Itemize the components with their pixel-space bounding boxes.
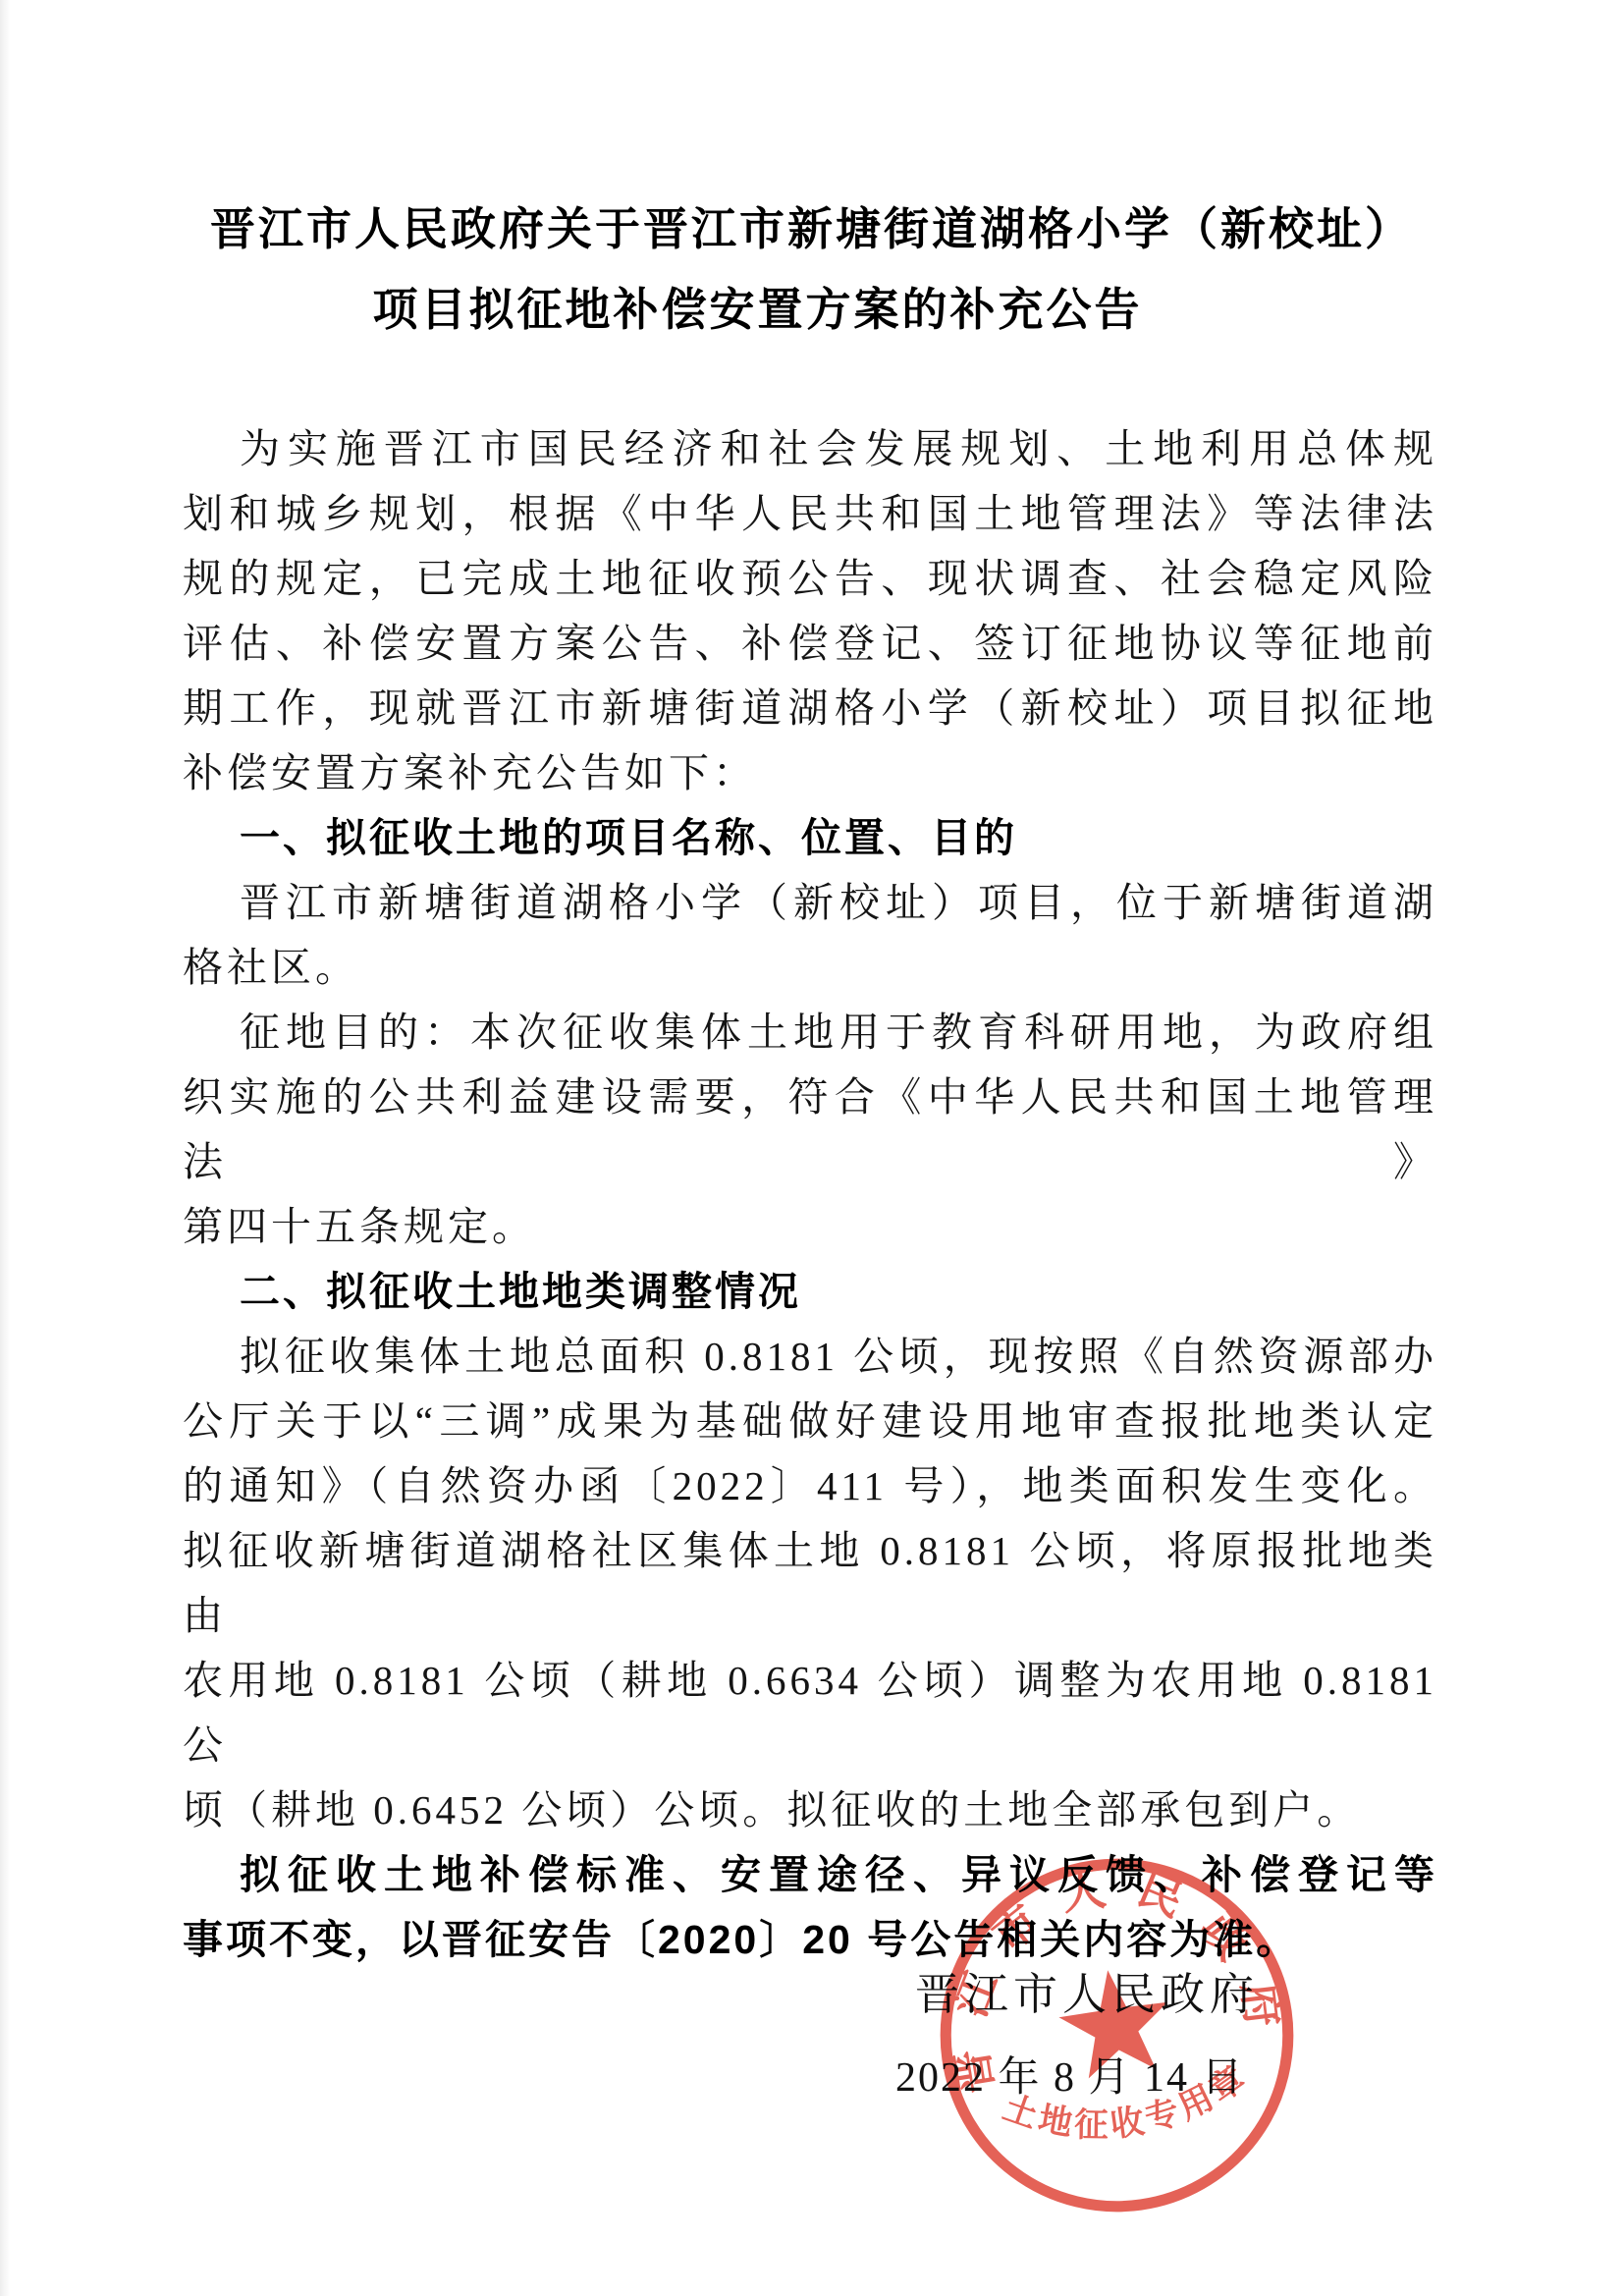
body-line: 评估、补偿安置方案公告、补偿登记、签订征地协议等征地前 [183, 611, 1437, 676]
signature-issuer: 晋江市人民政府 [915, 1958, 1259, 2022]
body-line: 为实施晋江市国民经济和社会发展规划、土地利用总体规 [183, 416, 1437, 481]
body-line: 补偿安置方案补充公告如下： [183, 740, 1437, 805]
body-line: 规的规定，已完成土地征收预公告、现状调查、社会稳定风险 [183, 546, 1437, 611]
body-line: 拟征收新塘街道湖格社区集体土地 0.8181 公顷，将原报批地类由 [183, 1518, 1437, 1648]
title-line-2: 项目拟征地补偿安置方案的补充公告 [0, 269, 1569, 350]
body-line: 拟征收土地补偿标准、安置途径、异议反馈、补偿登记等 [183, 1842, 1437, 1907]
body-line: 农用地 0.8181 公顷（耕地 0.6634 公顷）调整为农用地 0.8181… [183, 1648, 1437, 1777]
announcement-page: 晋江市人民政府关于晋江市新塘街道湖格小学（新校址） 项目拟征地补偿安置方案的补充… [0, 0, 1623, 2296]
body-line: 织实施的公共利益建设需要，符合《中华人民共和国土地管理法》 [183, 1065, 1437, 1194]
document-body: 为实施晋江市国民经济和社会发展规划、土地利用总体规划和城乡规划，根据《中华人民共… [183, 416, 1437, 1972]
body-line: 的通知》（自然资办函〔2022〕411 号），地类面积发生变化。 [183, 1453, 1437, 1518]
signature-date: 2022 年 8 月 14 日 [895, 2045, 1245, 2104]
body-line: 征地目的：本次征收集体土地用于教育科研用地，为政府组 [183, 1000, 1437, 1065]
body-line: 晋江市新塘街道湖格小学（新校址）项目，位于新塘街道湖 [183, 870, 1437, 935]
body-line: 格社区。 [183, 935, 1437, 1000]
body-line: 顷（耕地 0.6452 公顷）公顷。拟征收的土地全部承包到户。 [183, 1777, 1437, 1842]
body-line: 第四十五条规定。 [183, 1194, 1437, 1259]
document-title: 晋江市人民政府关于晋江市新塘街道湖格小学（新校址） 项目拟征地补偿安置方案的补充… [0, 189, 1623, 350]
title-line-1: 晋江市人民政府关于晋江市新塘街道湖格小学（新校址） [0, 189, 1623, 269]
body-line: 二、拟征收土地地类调整情况 [183, 1259, 1437, 1324]
body-line: 一、拟征收土地的项目名称、位置、目的 [183, 805, 1437, 870]
body-line: 公厅关于以“三调”成果为基础做好建设用地审查报批地类认定 [183, 1389, 1437, 1453]
body-line: 期工作，现就晋江市新塘街道湖格小学（新校址）项目拟征地 [183, 676, 1437, 740]
body-line: 拟征收集体土地总面积 0.8181 公顷，现按照《自然资源部办 [183, 1324, 1437, 1389]
body-line: 划和城乡规划，根据《中华人民共和国土地管理法》等法律法 [183, 481, 1437, 546]
